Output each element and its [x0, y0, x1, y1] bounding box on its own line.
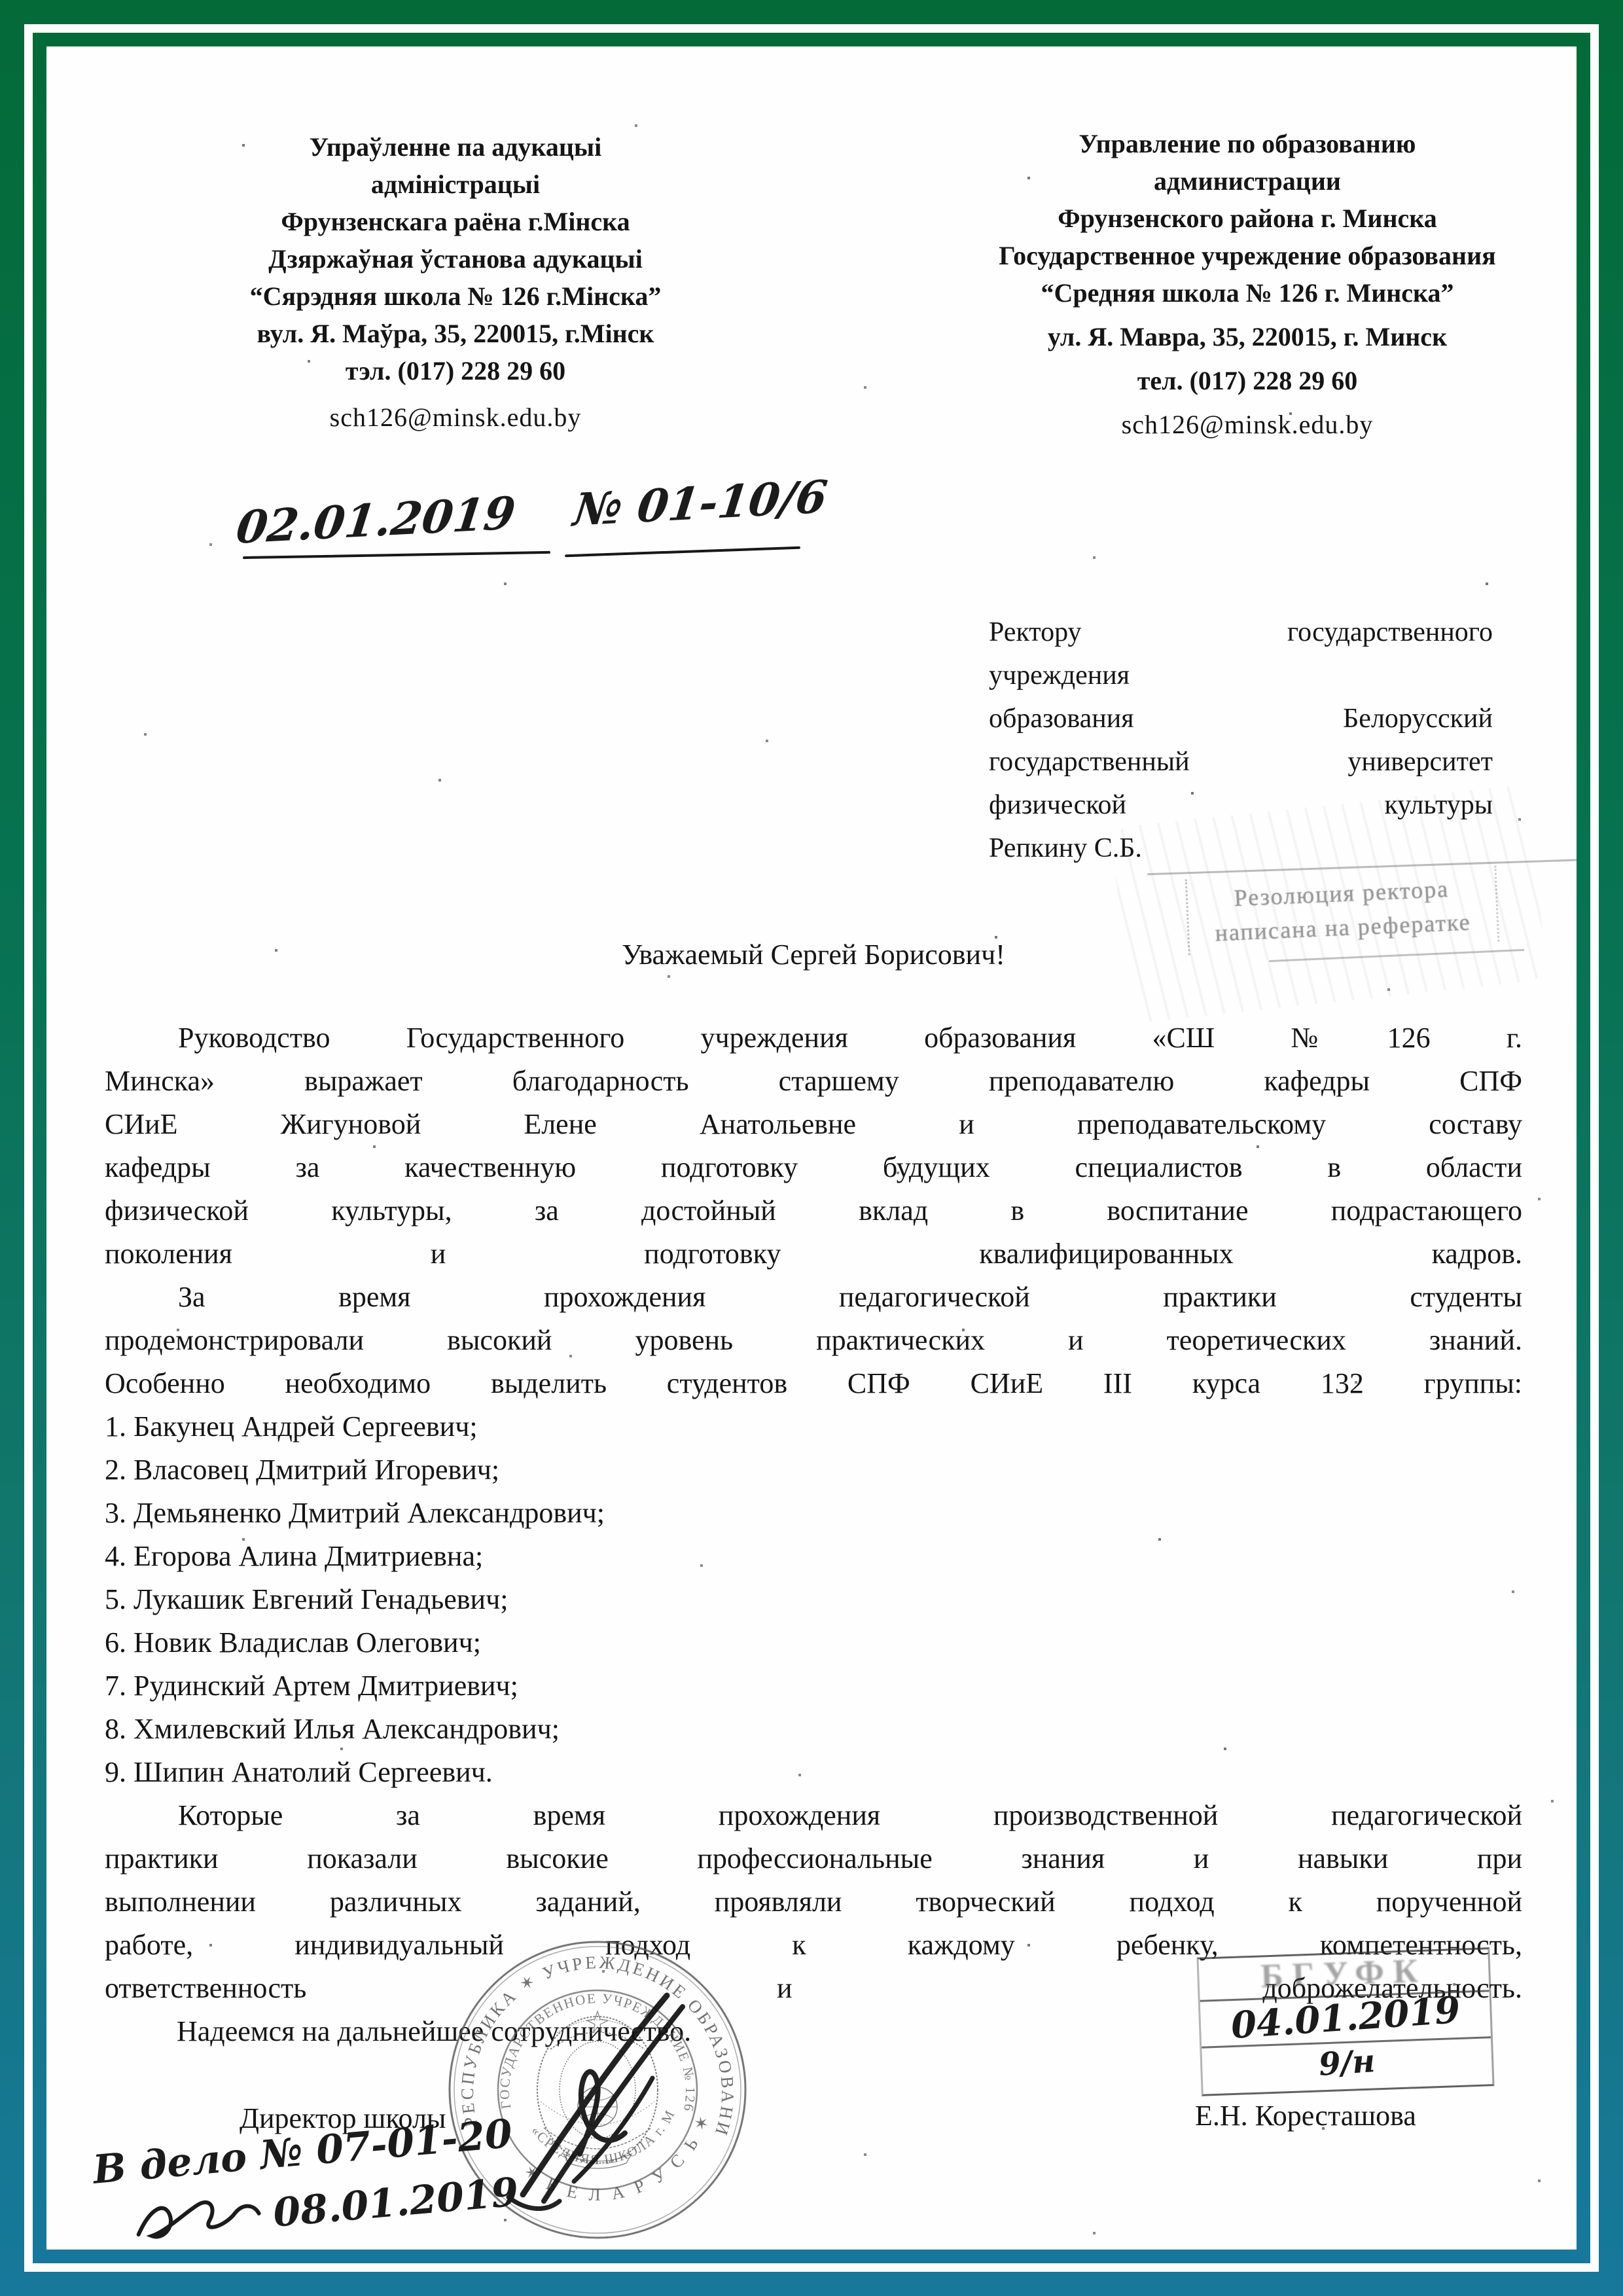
registration-number-underline [565, 547, 800, 558]
student-list-item: 3. Демьяненко Дмитрий Александрович; [105, 1492, 1522, 1535]
letterhead-line: Фрунзенскага раёна г.Мінска [125, 203, 786, 240]
letterhead-line: Государственное учреждение образования [884, 237, 1577, 274]
student-list-item: 7. Рудинский Артем Дмитриевич; [105, 1664, 1522, 1708]
signer-name: Е.Н. Коресташова [1195, 2099, 1416, 2132]
body-line: выполнении различных заданий, проявляли … [105, 1880, 1522, 1924]
salutation: Уважаемый Сергей Борисович! [105, 938, 1522, 971]
bgufk-stamp: БГУФК 04.01.2019 9/н [1196, 1947, 1494, 2096]
letter-page: Упраўленне па адукацыі адміністрацыі Фру… [46, 46, 1577, 2250]
letterhead-address: вул. Я. Маўра, 35, 220015, г.Мінск [125, 315, 786, 352]
letterhead-line: Дзяржаўная ўстанова адукацыі [125, 240, 786, 278]
registration-date-underline [243, 551, 550, 559]
student-list-item: 8. Хмилевский Илья Александрович; [105, 1708, 1522, 1751]
scanned-letter-page: { "meta": { "document_type": "Официально… [0, 0, 1623, 2296]
registration-number: № 01-10/6 [571, 471, 830, 537]
clerk-signature-squiggle [130, 2185, 265, 2250]
letterhead-line: адміністрацыі [125, 166, 786, 203]
letterhead-russian: Управление по образованию администрации … [884, 125, 1577, 443]
letterhead-email: sch126@minsk.edu.by [884, 406, 1577, 443]
letterhead-line: Упраўленне па адукацыі [125, 128, 786, 166]
body-line: практики показали высокие профессиональн… [105, 1837, 1522, 1880]
letterhead-line: администрации [884, 162, 1577, 200]
addressee-line: образования Белорусский [989, 697, 1493, 740]
body-line: продемонстрировали высокий уровень практ… [105, 1319, 1522, 1362]
letterhead-email: sch126@minsk.edu.by [125, 399, 786, 436]
registration-handwriting: 02.01.2019№ 01-10/6 [234, 471, 830, 554]
student-list-item: 9. Шипин Анатолий Сергеевич. [105, 1751, 1522, 1794]
scan-noise [46, 46, 48, 48]
body-line: поколения и подготовку квалифицированных… [105, 1232, 1522, 1276]
addressee-line: Ректору государственного [989, 611, 1493, 654]
body-line: Особенно необходимо выделить студентов С… [105, 1362, 1522, 1405]
body-line: кафедры за качественную подготовку будущ… [105, 1146, 1522, 1189]
body-line: За время прохождения педагогической прак… [105, 1276, 1522, 1319]
body-line: Которые за время прохождения производств… [105, 1794, 1522, 1837]
student-list-item: 6. Новик Владислав Олегович; [105, 1621, 1522, 1664]
body-line: Руководство Государственного учреждения … [105, 1016, 1522, 1060]
letterhead-line: Фрунзенского района г. Минска [884, 200, 1577, 237]
bgufk-title: БГУФК [1260, 1952, 1427, 1996]
addressee-line: учреждения [989, 654, 1493, 697]
letterhead-line: “Средняя школа № 126 г. Минска” [884, 274, 1577, 312]
letterhead-phone: тэл. (017) 228 29 60 [125, 352, 786, 389]
letterhead-belarusian: Упраўленне па адукацыі адміністрацыі Фру… [125, 128, 786, 436]
letterhead-line: Управление по образованию [884, 125, 1577, 162]
letter-body: Руководство Государственного учреждения … [105, 1016, 1522, 2053]
student-list-item: 5. Лукашик Евгений Генадьевич; [105, 1578, 1522, 1621]
student-list-item: 4. Егорова Алина Дмитриевна; [105, 1535, 1522, 1578]
student-list-item: 1. Бакунец Андрей Сергеевич; [105, 1405, 1522, 1448]
student-list-item: 2. Власовец Дмитрий Игоревич; [105, 1448, 1522, 1492]
bgufk-note-handwriting: 9/н [1317, 2041, 1376, 2085]
addressee-line: государственный университет [989, 740, 1493, 783]
registration-date: 02.01.2019 [234, 487, 518, 554]
body-line: СИиЕ Жигуновой Елене Анатольевне и препо… [105, 1103, 1522, 1146]
letterhead-line: “Сярэдняя школа № 126 г.Мінска” [125, 278, 786, 315]
body-line: Минска» выражает благодарность старшему … [105, 1060, 1522, 1103]
body-line: физической культуры, за достойный вклад … [105, 1189, 1522, 1232]
letterhead-phone: тел. (017) 228 29 60 [884, 362, 1577, 399]
letterhead-address: ул. Я. Мавра, 35, 220015, г. Минск [884, 318, 1577, 355]
